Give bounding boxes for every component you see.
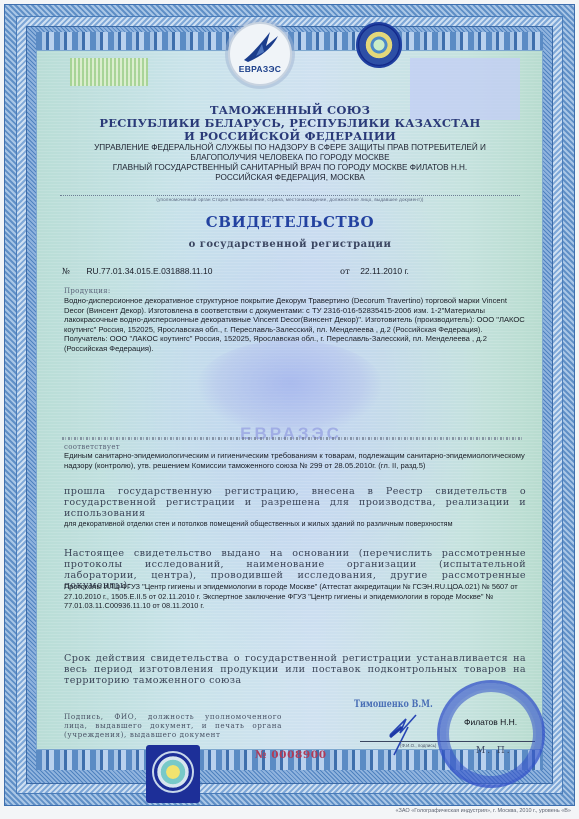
form-serial-number: № 0008900: [255, 749, 327, 761]
union-title: ТАМОЖЕННЫЙ СОЮЗ РЕСПУБЛИКИ БЕЛАРУСЬ, РЕС…: [40, 104, 540, 143]
eurasec-emblem-icon: [240, 30, 284, 64]
certificate-number-row: № RU.77.01.34.015.Е.031888.11.10 от 22.1…: [62, 266, 522, 277]
product-label: Продукция:: [64, 287, 111, 295]
validity-statement: Срок действия свидетельства о государств…: [64, 654, 526, 686]
signature-caption: Подпись, ФИО, должность уполномоченного …: [64, 712, 282, 739]
authority-line: РОССИЙСКАЯ ФЕДЕРАЦИЯ, МОСКВА: [40, 173, 540, 183]
issuing-authority: УПРАВЛЕНИЕ ФЕДЕРАЛЬНОЙ СЛУЖБЫ ПО НАДЗОРУ…: [40, 143, 540, 183]
hologram-sticker-icon: [146, 745, 200, 803]
seal-place-label: М. П.: [476, 746, 512, 756]
microtext-line: [62, 437, 524, 440]
conformity-label: соответствует: [64, 443, 120, 451]
authority-line: БЛАГОПОЛУЧИЯ ЧЕЛОВЕКА ПО ГОРОДУ МОСКВЕ: [40, 153, 540, 163]
logo-text: ЕВРАЗЭС: [230, 64, 290, 74]
hologram-seal-icon: [356, 22, 402, 68]
certificate-date: 22.11.2010 г.: [360, 266, 409, 276]
hologram-ring: [152, 751, 194, 793]
number-label: №: [62, 267, 70, 277]
official-seal-stamp: [437, 680, 545, 788]
microtext-security-pattern: [70, 58, 148, 86]
usage-text: для декоративной отделки стен и потолков…: [64, 519, 526, 529]
certificate-page: ЕВРАЗЭС ТАМОЖЕННЫЙ СОЮЗ РЕСПУБЛИКИ БЕЛАР…: [0, 0, 579, 819]
date-label: от: [340, 267, 350, 277]
signature-line-caption: (Ф.И.О., подпись): [400, 743, 436, 748]
certificate-subtitle: о государственной регистрации: [40, 239, 540, 250]
union-title-line: И РОССИЙСКОЙ ФЕДЕРАЦИИ: [40, 130, 540, 143]
watermark-emblem: [196, 340, 384, 436]
authority-underline: [60, 195, 520, 196]
conformity-text: Единым санитарно-эпидемиологическим и ги…: [64, 451, 526, 470]
handwritten-signature-icon: [386, 705, 422, 757]
basis-documents: Протоколы ИЛЦ ФГУЗ "Центр гигиены и эпид…: [64, 582, 526, 611]
certificate-number: RU.77.01.34.015.Е.031888.11.10: [86, 266, 212, 276]
authority-line: ГЛАВНЫЙ ГОСУДАРСТВЕННЫЙ САНИТАРНЫЙ ВРАЧ …: [40, 163, 540, 173]
certificate-title: СВИДЕТЕЛЬСТВО: [40, 213, 540, 231]
authority-line: УПРАВЛЕНИЕ ФЕДЕРАЛЬНОЙ СЛУЖБЫ ПО НАДЗОРУ…: [40, 143, 540, 153]
registration-statement: прошла государственную регистрацию, внес…: [64, 487, 526, 519]
authority-caption: (уполномоченный орган Сторон (наименован…: [40, 197, 540, 202]
certificate-date-group: от 22.11.2010 г.: [340, 266, 409, 277]
eurasec-logo: ЕВРАЗЭС: [228, 22, 292, 86]
printer-note: «ЗАО «Голографическая индустрия», г. Мос…: [395, 808, 571, 814]
watermark-text: ЕВРАЗЭС: [206, 424, 376, 444]
signer-name: Филатов Н.Н.: [464, 717, 517, 727]
